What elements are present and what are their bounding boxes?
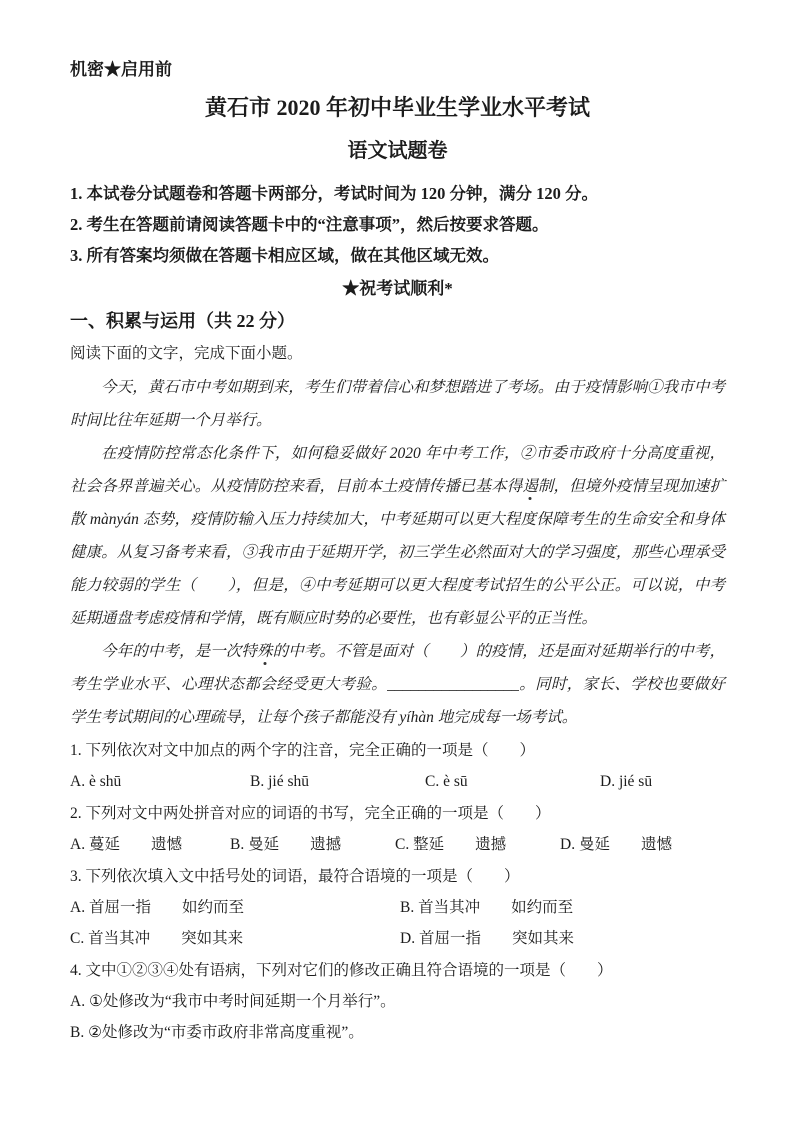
answer-option: D. 首屈一指 突如其来 bbox=[400, 923, 725, 954]
passage-paragraph: 在疫情防控常态化条件下，如何稳妥做好 2020 年中考工作，②市委市政府十分高度… bbox=[70, 437, 725, 635]
exam-wish-line: ★祝考试顺利* bbox=[70, 273, 725, 304]
answer-option: B. ②处修改为“市委市政府非常高度重视”。 bbox=[70, 1017, 725, 1048]
section-title: 一、积累与运用（共 22 分） bbox=[70, 304, 725, 338]
reading-instruction: 阅读下面的文字，完成下面小题。 bbox=[70, 338, 725, 369]
notice-line: 1. 本试卷分试题卷和答题卡两部分，考试时间为 120 分钟，满分 120 分。 bbox=[70, 178, 725, 209]
answer-option: D. jié sū bbox=[600, 766, 725, 797]
option-group: A. è shūB. jié shūC. è sūD. jié sū bbox=[70, 766, 725, 797]
passage-paragraph: 今天，黄石市中考如期到来，考生们带着信心和梦想踏进了考场。由于疫情影响①我市中考… bbox=[70, 371, 725, 437]
question: 3. 下列依次填入文中括号处的词语，最符合语境的一项是（ ）A. 首屈一指 如约… bbox=[70, 861, 725, 954]
option-group: A. ①处修改为“我市中考时间延期一个月举行”。B. ②处修改为“市委市政府非常… bbox=[70, 986, 725, 1048]
answer-option: A. è shū bbox=[70, 766, 250, 797]
question-stem: 3. 下列依次填入文中括号处的词语，最符合语境的一项是（ ） bbox=[70, 861, 725, 892]
paper-subtitle: 语文试题卷 bbox=[70, 137, 725, 165]
question-stem: 4. 文中①②③④处有语病，下列对它们的修改正确且符合语境的一项是（ ） bbox=[70, 955, 725, 986]
classification-label: 机密★启用前 bbox=[70, 60, 725, 80]
answer-option: C. è sū bbox=[425, 766, 600, 797]
answer-option: A. ①处修改为“我市中考时间延期一个月举行”。 bbox=[70, 986, 725, 1017]
answer-option: B. 首当其冲 如约而至 bbox=[400, 892, 725, 923]
emphasized-char: 遏 bbox=[522, 478, 538, 495]
question: 2. 下列对文中两处拼音对应的词语的书写，完全正确的一项是（ ）A. 蔓延 遗憾… bbox=[70, 798, 725, 860]
question-stem: 2. 下列对文中两处拼音对应的词语的书写，完全正确的一项是（ ） bbox=[70, 798, 725, 829]
notice-list: 1. 本试卷分试题卷和答题卡两部分，考试时间为 120 分钟，满分 120 分。… bbox=[70, 178, 725, 271]
answer-option: C. 首当其冲 突如其来 bbox=[70, 923, 400, 954]
passage-text: 今天，黄石市中考如期到来，考生们带着信心和梦想踏进了考场。由于疫情影响①我市中考… bbox=[70, 379, 725, 429]
question-list: 1. 下列依次对文中加点的两个字的注音，完全正确的一项是（ ）A. è shūB… bbox=[70, 735, 725, 1048]
passage-text: 今年的中考，是一次特 bbox=[101, 643, 257, 660]
answer-option: A. 首屈一指 如约而至 bbox=[70, 892, 400, 923]
exam-title: 黄石市 2020 年初中毕业生学业水平考试 bbox=[70, 94, 725, 122]
notice-line: 2. 考生在答题前请阅读答题卡中的“注意事项”，然后按要求答题。 bbox=[70, 209, 725, 240]
passage-paragraph: 今年的中考，是一次特殊的中考。不管是面对（ ）的疫情，还是面对延期举行的中考，考… bbox=[70, 635, 725, 734]
answer-option: D. 曼延 遗憾 bbox=[560, 829, 725, 860]
answer-option: B. jié shū bbox=[250, 766, 425, 797]
answer-option: B. 曼延 遗撼 bbox=[230, 829, 395, 860]
answer-option: A. 蔓延 遗憾 bbox=[70, 829, 230, 860]
question: 1. 下列依次对文中加点的两个字的注音，完全正确的一项是（ ）A. è shūB… bbox=[70, 735, 725, 797]
question: 4. 文中①②③④处有语病，下列对它们的修改正确且符合语境的一项是（ ）A. ①… bbox=[70, 955, 725, 1048]
emphasized-char: 殊 bbox=[257, 643, 273, 660]
notice-line: 3. 所有答案均须做在答题卡相应区域，做在其他区域无效。 bbox=[70, 240, 725, 271]
exam-paper-page: 机密★启用前 黄石市 2020 年初中毕业生学业水平考试 语文试题卷 1. 本试… bbox=[0, 0, 793, 1122]
answer-option: C. 整延 遗撼 bbox=[395, 829, 560, 860]
option-group: A. 蔓延 遗憾B. 曼延 遗撼C. 整延 遗撼D. 曼延 遗憾 bbox=[70, 829, 725, 860]
passage-text: 制，但境外疫情呈现加速扩散 mànyán 态势，疫情防输入压力持续加大，中考延期… bbox=[70, 478, 725, 627]
question-stem: 1. 下列依次对文中加点的两个字的注音，完全正确的一项是（ ） bbox=[70, 735, 725, 766]
reading-passage: 今天，黄石市中考如期到来，考生们带着信心和梦想踏进了考场。由于疫情影响①我市中考… bbox=[70, 371, 725, 734]
option-group: A. 首屈一指 如约而至B. 首当其冲 如约而至C. 首当其冲 突如其来D. 首… bbox=[70, 892, 725, 954]
